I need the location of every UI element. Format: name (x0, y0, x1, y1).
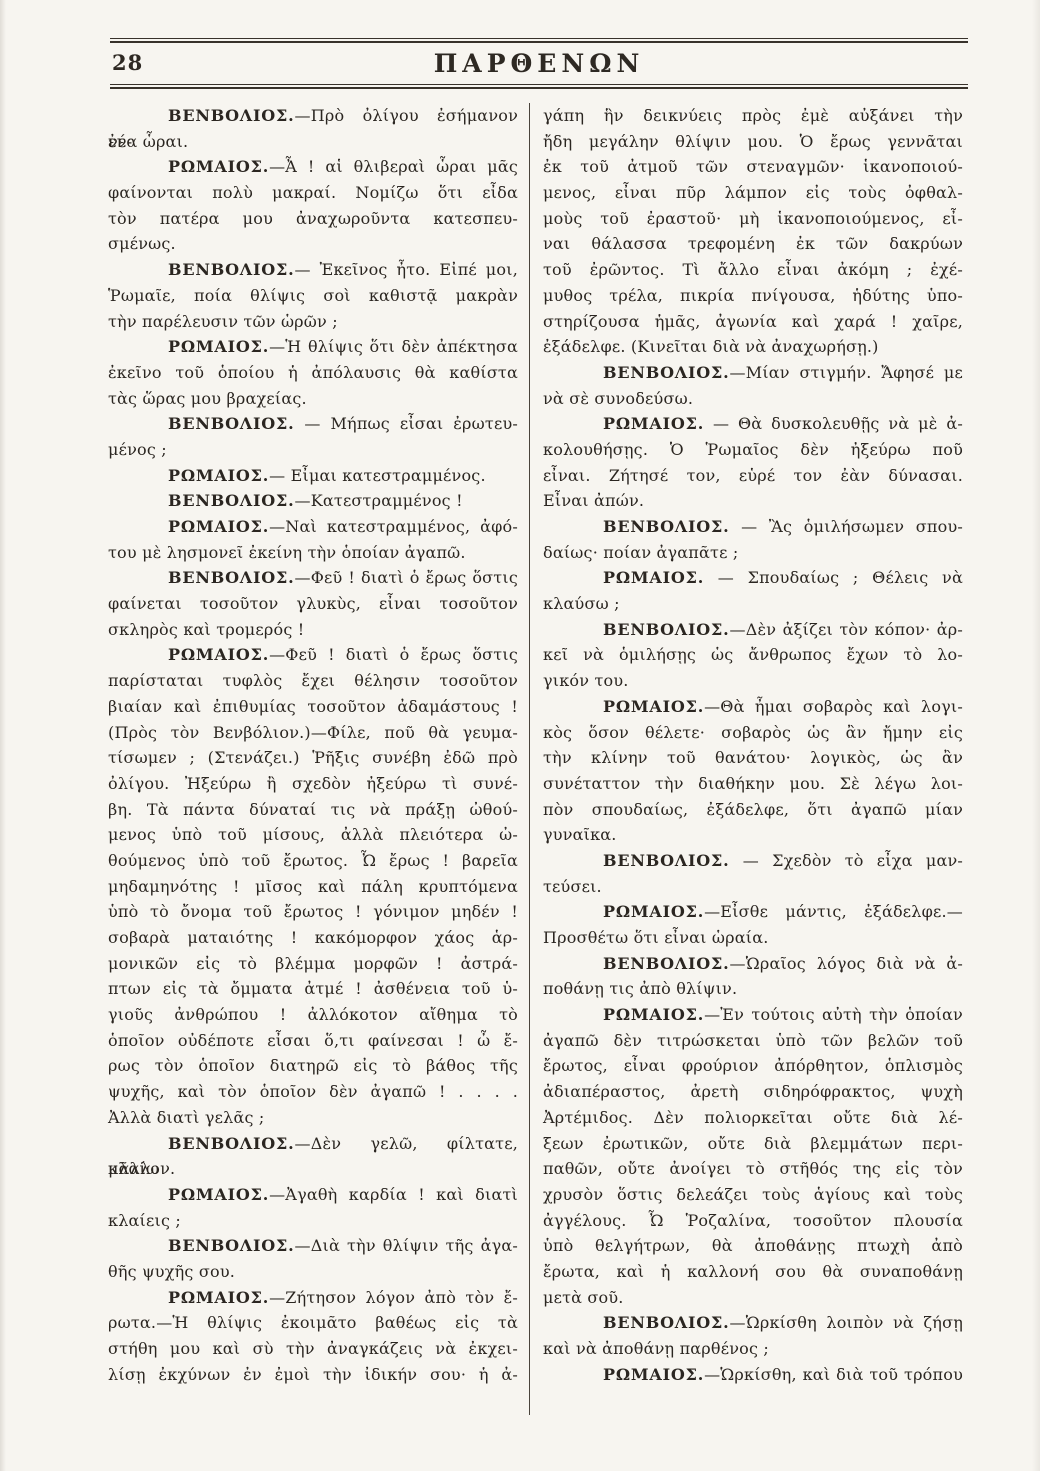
text-line: πὸν σπουδαίως, ἐξάδελφε, ὅτι ἀγαπῶ μίαν (543, 797, 963, 823)
text-line: τεύσει. (543, 874, 963, 900)
text-line: ψυχῆς, καὶ τὸν ὁποῖον δὲν ἀγαπῶ ! . . . … (108, 1079, 518, 1105)
text-line: ΒΕΝΒΟΛΙΟΣ.— Ἐκεῖνος ἦτο. Εἰπέ μοι, (108, 257, 518, 283)
text-line: ΡΩΜΑΙΟΣ. — Σπουδαίως ; Θέλεις νὰ (543, 565, 963, 591)
text-line: ἀδιαπέραστος, ἀρετὴ σιδηρόφρακτος, ψυχὴ (543, 1079, 963, 1105)
text-line: Ἀλλὰ διατὶ γελᾶς ; (108, 1105, 518, 1131)
text-line: ΡΩΜΑΙΟΣ.—Θὰ ἦμαι σοβαρὸς καὶ λογι- (543, 694, 963, 720)
text-line: ΒΕΝΒΟΛΙΟΣ.—Μίαν στιγμήν. Ἄφησέ με (543, 360, 963, 386)
text-columns: ΒΕΝΒΟΛΙΟΣ.—Πρὸ ὀλίγου ἐσήμανον ἐν-νέα ὧρ… (108, 103, 963, 1415)
text-line: ΒΕΝΒΟΛΙΟΣ. — Μήπως εἶσαι ἐρωτευ- (108, 411, 518, 437)
text-line: ἐξάδελφε. (Κινεῖται διὰ νὰ ἀναχωρήσῃ.) (543, 334, 963, 360)
text-line: ΒΕΝΒΟΛΙΟΣ.—Κατεστραμμένος ! (108, 488, 518, 514)
text-line: ΡΩΜΑΙΟΣ.—Ναὶ κατεστραμμένος, ἀφό- (108, 514, 518, 540)
text-line: τὴν κλίνην τοῦ θανάτου· λογικὸς, ὡς ἂν (543, 745, 963, 771)
speaker-name: ΡΩΜΑΙΟΣ. (168, 157, 269, 176)
text-line: ἀγαπῶ δὲν τιτρώσκεται ὑπὸ τῶν βελῶν τοῦ (543, 1028, 963, 1054)
text-line: τοῦ ἐρῶντος. Τὶ ἄλλο εἶναι ἀκόμη ; ἐχέ- (543, 257, 963, 283)
speaker-name: ΒΕΝΒΟΛΙΟΣ. (603, 363, 730, 382)
text-line: μοὺς τοῦ ἐραστοῦ· μὴ ἱκανοποιούμενος, εἶ… (543, 206, 963, 232)
speaker-name: ΡΩΜΑΙΟΣ. (168, 645, 269, 664)
text-line: φαίνονται πολὺ μακραί. Νομίζω ὅτι εἶδα (108, 180, 518, 206)
speaker-name: ΒΕΝΒΟΛΙΟΣ. (603, 517, 730, 536)
text-line: τὴν παρέλευσιν τῶν ὡρῶν ; (108, 309, 518, 335)
text-line: σκληρὸς καὶ τρομερός ! (108, 617, 518, 643)
text-line: γάπη ἣν δεικνύεις πρὸς ἐμὲ αὐξάνει τὴν (543, 103, 963, 129)
book-page: 28 ΠΑΡΘΕΝΩΝ ΒΕΝΒΟΛΙΟΣ.—Πρὸ ὀλίγου ἐσήμαν… (0, 0, 1040, 1471)
text-line: συνέταττον τὴν διαθήκην μου. Σὲ λέγω λοι… (543, 771, 963, 797)
text-line: μετὰ σοῦ. (543, 1285, 963, 1311)
text-line: θούμενος ὑπὸ τοῦ ἔρωτος. Ὦ ἔρως ! βαρεῖα (108, 848, 518, 874)
text-line: κλαίεις ; (108, 1208, 518, 1234)
text-line: μενος ὑπὸ τοῦ μίσους, ἀλλὰ πλειότερα ὠ- (108, 822, 518, 848)
speaker-name: ΡΩΜΑΙΟΣ. (168, 466, 269, 485)
text-line: τὰς ὥρας μου βραχείας. (108, 386, 518, 412)
speaker-name: ΡΩΜΑΙΟΣ. (603, 902, 704, 921)
text-line: ΒΕΝΒΟΛΙΟΣ.—Ὡραῖος λόγος διὰ νὰ ἀ- (543, 951, 963, 977)
text-line: βιαίαν καὶ ἐπιθυμίας τοσοῦτον ἀδαμάστους… (108, 694, 518, 720)
speaker-name: ΒΕΝΒΟΛΙΟΣ. (168, 491, 295, 510)
text-line: ΒΕΝΒΟΛΙΟΣ.—Φεῦ ! διατὶ ὁ ἔρως ὅστις (108, 565, 518, 591)
text-line: ἐκεῖνο τοῦ ὁποίου ἡ ἀπόλαυσις θὰ καθίστα (108, 360, 518, 386)
text-line: παθῶν, οὔτε ἀνοίγει τὸ στῆθός της εἰς τὸ… (543, 1156, 963, 1182)
text-line: ἀγγέλους. Ὦ Ῥοζαλίνα, τοσοῦτον πλουσία (543, 1208, 963, 1234)
speaker-name: ΒΕΝΒΟΛΙΟΣ. (168, 1134, 295, 1153)
text-line: Προσθέτω ὅτι εἶναι ὡραία. (543, 925, 963, 951)
text-line: ΡΩΜΑΙΟΣ.—Ζήτησον λόγον ἀπὸ τὸν ἔ- (108, 1285, 518, 1311)
speaker-name: ΡΩΜΑΙΟΣ. (603, 1365, 704, 1384)
text-line: παρίσταται τυφλὸς ἔχει θέλησιν τοσοῦτον (108, 668, 518, 694)
speaker-name: ΡΩΜΑΙΟΣ. (168, 1185, 269, 1204)
speaker-name: ΒΕΝΒΟΛΙΟΣ. (603, 954, 730, 973)
text-line: στήθη μου καὶ σὺ τὴν ἀναγκάζεις νὰ ἐκχει… (108, 1336, 518, 1362)
text-line: ποθάνῃ τις ἀπὸ θλίψιν. (543, 976, 963, 1002)
speaker-name: ΒΕΝΒΟΛΙΟΣ. (603, 851, 730, 870)
text-line: ξεων ἐρωτικῶν, οὔτε διὰ βλεμμάτων περι- (543, 1131, 963, 1157)
column-divider (529, 103, 530, 1415)
left-column: ΒΕΝΒΟΛΙΟΣ.—Πρὸ ὀλίγου ἐσήμανον ἐν-νέα ὧρ… (108, 103, 518, 1415)
text-line: πτων εἰς τὰ ὄμματα ἀτμέ ! ἀσθένεια τοῦ ὑ… (108, 976, 518, 1002)
text-line: στηρίζουσα ἡμᾶς, ἀγωνία καὶ χαρά ! χαῖρε… (543, 309, 963, 335)
text-line: ΡΩΜΑΙΟΣ.—Εἶσθε μάντις, ἐξάδελφε.— (543, 899, 963, 925)
text-line: ὀλίγου. Ἠξεύρω ἢ σχεδὸν ἠξεύρω τὶ συνέ- (108, 771, 518, 797)
text-line: ΡΩΜΑΙΟΣ.— Εἶμαι κατεστραμμένος. (108, 463, 518, 489)
text-line: ΒΕΝΒΟΛΙΟΣ.—Πρὸ ὀλίγου ἐσήμανον ἐν- (108, 103, 518, 129)
text-line: ΡΩΜΑΙΟΣ. — Θὰ δυσκολευθῇς νὰ μὲ ἀ- (543, 411, 963, 437)
text-line: γυναῖκα. (543, 822, 963, 848)
text-line: τίσωμεν ; (Στενάζει.) Ῥῆξις συνέβη ἐδῶ π… (108, 745, 518, 771)
text-line: ΡΩΜΑΙΟΣ.—Ἆ ! αἱ θλιβεραὶ ὧραι μᾶς (108, 154, 518, 180)
text-line: ΡΩΜΑΙΟΣ.—Ὡρκίσθη, καὶ διὰ τοῦ τρόπου (543, 1362, 963, 1388)
text-line: γικόν του. (543, 668, 963, 694)
header-rule-bottom (110, 84, 968, 89)
text-line: Ἀρτέμιδος. Δὲν πολιορκεῖται οὔτε διὰ λέ- (543, 1105, 963, 1131)
speaker-name: ΡΩΜΑΙΟΣ. (603, 414, 704, 433)
text-line: κλαύσω ; (543, 591, 963, 617)
text-line: γιοῦς ἀνθρώπου ! ἀλλόκοτον αἴθημα τὸ (108, 1002, 518, 1028)
text-line: κολουθήσῃς. Ὁ Ῥωμαῖος δὲν ἠξεύρω ποῦ (543, 437, 963, 463)
text-line: (Πρὸς τὸν Βενβόλιον.)—Φίλε, ποῦ θὰ γευμα… (108, 720, 518, 746)
text-line: ναι θάλασσα τρεφομένη ἐκ τῶν δακρύων (543, 231, 963, 257)
text-line: ΒΕΝΒΟΛΙΟΣ.—Δὲν ἀξίζει τὸν κόπον· ἀρ- (543, 617, 963, 643)
text-line: ἤδη μεγάλην θλίψιν μου. Ὁ ἔρως γεννᾶται (543, 129, 963, 155)
text-line: ἔρωτος, εἶναι φρούριον ἀπόρθητον, ὁπλισμ… (543, 1053, 963, 1079)
page-title: ΠΑΡΘΕΝΩΝ (110, 46, 968, 78)
speaker-name: ΒΕΝΒΟΛΙΟΣ. (603, 620, 730, 639)
text-line: ὁποῖον οὐδέποτε εἶσαι ὅ,τι φαίνεσαι ! ὦ … (108, 1028, 518, 1054)
text-line: σοβαρὰ ματαιότης ! κακόμορφον χάος ἁρ- (108, 925, 518, 951)
text-line: του μὲ λησμονεῖ ἐκείνη τὴν ὁποίαν ἀγαπῶ. (108, 540, 518, 566)
text-line: φαίνεται τοσοῦτον γλυκὺς, εἶναι τοσοῦτον (108, 591, 518, 617)
speaker-name: ΒΕΝΒΟΛΙΟΣ. (168, 568, 295, 587)
text-line: ΡΩΜΑΙΟΣ.—Ἀγαθὴ καρδία ! καὶ διατὶ (108, 1182, 518, 1208)
text-line: ὑπὸ θελγήτρων, θὰ ἀποθάνῃς πτωχὴ ἀπὸ (543, 1233, 963, 1259)
text-line: μενος, εἶναι πῦρ λάμπον εἰς τοὺς ὀφθαλ- (543, 180, 963, 206)
text-line: θῆς ψυχῆς σου. (108, 1259, 518, 1285)
right-column: γάπη ἣν δεικνύεις πρὸς ἐμὲ αὐξάνει τὴνἤδ… (543, 103, 963, 1415)
text-line: κὸς ὅσον θέλετε· σοβαρὸς ὡς ἂν ἤμην εἰς (543, 720, 963, 746)
speaker-name: ΡΩΜΑΙΟΣ. (603, 697, 704, 716)
text-line: ΒΕΝΒΟΛΙΟΣ. — Ἂς ὁμιλήσωμεν σπου- (543, 514, 963, 540)
text-line: ρως τὸν ὁποῖον διατηρῶ εἰς τὸ βάθος τῆς (108, 1053, 518, 1079)
text-line: ΒΕΝΒΟΛΙΟΣ.—Ὡρκίσθη λοιπὸν νὰ ζήσῃ (543, 1310, 963, 1336)
text-line: ΒΕΝΒΟΛΙΟΣ.—Δὲν γελῶ, φίλτατε, κλαίω (108, 1131, 518, 1157)
speaker-name: ΒΕΝΒΟΛΙΟΣ. (168, 1236, 295, 1255)
text-line: μένος ; (108, 437, 518, 463)
text-line: μηδαμηνότης ! μῖσος καὶ πάλη κρυπτόμενα (108, 874, 518, 900)
text-line: Εἶναι ἀπών. (543, 488, 963, 514)
text-line: ΒΕΝΒΟΛΙΟΣ.—Διὰ τὴν θλίψιν τῆς ἀγα- (108, 1233, 518, 1259)
text-line: ΡΩΜΑΙΟΣ.—Ἡ θλίψις ὅτι δὲν ἀπέκτησα (108, 334, 518, 360)
speaker-name: ΡΩΜΑΙΟΣ. (603, 568, 704, 587)
speaker-name: ΒΕΝΒΟΛΙΟΣ. (168, 260, 295, 279)
speaker-name: ΒΕΝΒΟΛΙΟΣ. (168, 106, 295, 125)
page-header: 28 ΠΑΡΘΕΝΩΝ (110, 46, 968, 82)
text-line: καὶ νὰ ἀποθάνῃ παρθένος ; (543, 1336, 963, 1362)
text-line: λίσῃ ἐκχύνων ἐν ἐμοὶ τὴν ἰδικήν σου· ἡ ἀ… (108, 1362, 518, 1388)
text-line: μονικῶν εἰς τὸ βλέμμα μορφῶν ! ἀστρά- (108, 951, 518, 977)
text-line: ἔρωτα, καὶ ἡ καλλονή σου θὰ συναποθάνῃ (543, 1259, 963, 1285)
page-number: 28 (112, 50, 143, 75)
text-line: σμένως. (108, 231, 518, 257)
text-line: ΒΕΝΒΟΛΙΟΣ. — Σχεδὸν τὸ εἶχα μαν- (543, 848, 963, 874)
speaker-name: ΡΩΜΑΙΟΣ. (168, 517, 269, 536)
speaker-name: ΒΕΝΒΟΛΙΟΣ. (603, 1313, 730, 1332)
text-line: νέα ὧραι. (108, 129, 518, 155)
text-line: δαίως· ποίαν ἀγαπᾶτε ; (543, 540, 963, 566)
text-line: ΡΩΜΑΙΟΣ.—Φεῦ ! διατὶ ὁ ἔρως ὅστις (108, 642, 518, 668)
speaker-name: ΡΩΜΑΙΟΣ. (603, 1005, 704, 1024)
header-rule-top (110, 38, 968, 43)
speaker-name: ΒΕΝΒΟΛΙΟΣ. (168, 414, 295, 433)
text-line: ΡΩΜΑΙΟΣ.—Ἐν τούτοις αὐτὴ τὴν ὁποίαν (543, 1002, 963, 1028)
speaker-name: ΡΩΜΑΙΟΣ. (168, 337, 269, 356)
speaker-name: ΡΩΜΑΙΟΣ. (168, 1288, 269, 1307)
text-line: τὸν πατέρα μου ἀναχωροῦντα κατεσπευ- (108, 206, 518, 232)
text-line: ἐκ τοῦ ἀτμοῦ τῶν στεναγμῶν· ἱκανοποιού- (543, 154, 963, 180)
text-line: εἶναι. Ζήτησέ τον, εὑρέ τον ἐὰν δύνασαι. (543, 463, 963, 489)
text-line: βη. Τὰ πάντα δύναταί τις νὰ πράξῃ ὠθού- (108, 797, 518, 823)
text-line: μᾶλλον. (108, 1156, 518, 1182)
text-line: ρωτα.—Ἡ θλίψις ἐκοιμᾶτο βαθέως εἰς τὰ (108, 1310, 518, 1336)
text-line: ὑπὸ τὸ ὄνομα τοῦ ἔρωτος ! γόνιμον μηδέν … (108, 899, 518, 925)
text-line: μυθος τρέλα, πικρία πνίγουσα, ἡδύτης ὑπο… (543, 283, 963, 309)
text-line: Ῥωμαῖε, ποία θλίψις σοὶ καθιστᾷ μακρὰν (108, 283, 518, 309)
text-line: νὰ σὲ συνοδεύσω. (543, 386, 963, 412)
text-line: κεῖ νὰ ὁμιλήσῃς ὡς ἄνθρωπος ἔχων τὸ λο- (543, 642, 963, 668)
text-line: χρυσὸν ὅστις δελεάζει τοὺς ἁγίους καὶ το… (543, 1182, 963, 1208)
